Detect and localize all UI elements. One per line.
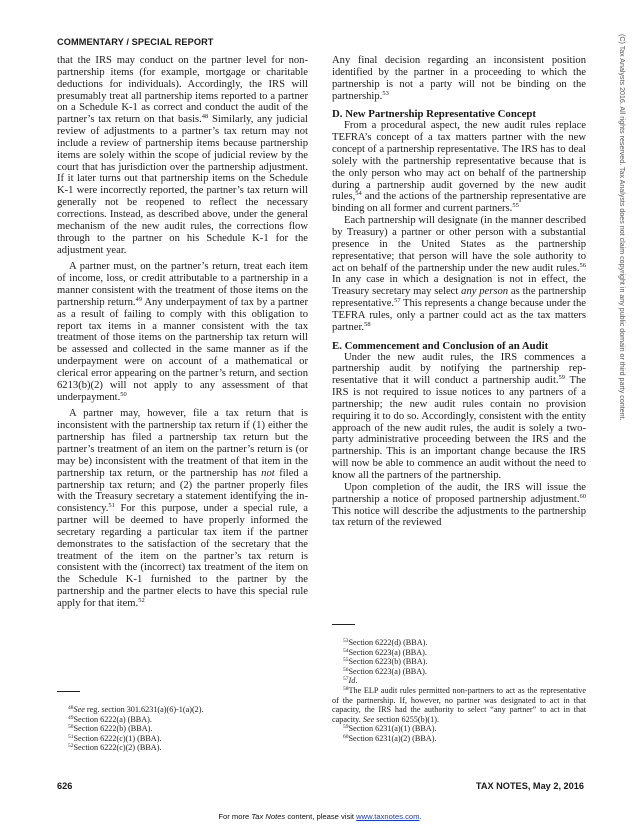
footnote: 56Section 6223(a) (BBA). bbox=[332, 667, 586, 677]
right-column: Any final decision regarding an inconsis… bbox=[332, 55, 586, 529]
footnote-text: Section 6222(c)(1) (BBA). bbox=[74, 734, 162, 743]
paragraph-text: Under the new audit rules, the IRS comme… bbox=[332, 352, 586, 387]
footnote-text: Section 6223(b) (BBA). bbox=[349, 657, 428, 666]
paragraph-text: and the actions of the partnership repre… bbox=[332, 191, 586, 214]
footnote-text: Section 6222(d) (BBA). bbox=[349, 638, 428, 647]
footnote-text: . bbox=[355, 676, 357, 685]
footnote: 60Section 6231(a)(2) (BBA). bbox=[332, 734, 586, 744]
paragraph-text: Similarly, any judicial review of adjust… bbox=[57, 114, 308, 255]
footnote: 49Section 6222(a) (BBA). bbox=[57, 715, 308, 725]
footnote-text: Section 6223(a) (BBA). bbox=[349, 648, 427, 657]
footnote-text: reg. section 301.6231(a)(6)-1(a)(2). bbox=[85, 705, 204, 714]
footnote-ref[interactable]: 56 bbox=[580, 262, 587, 269]
footnote: 57Id. bbox=[332, 676, 586, 686]
left-column: that the IRS may conduct on the partner … bbox=[57, 55, 308, 610]
taxnotes-link[interactable]: www.taxnotes.com bbox=[356, 812, 419, 821]
page-number: 626 bbox=[57, 781, 72, 791]
footnote-text: Section 6222(c)(2) (BBA). bbox=[74, 743, 162, 752]
paragraph-text: Each partnership will designate (in the … bbox=[332, 215, 586, 273]
banner-text: For more bbox=[218, 812, 251, 821]
bottom-banner: For more Tax Notes content, please visit… bbox=[0, 812, 640, 821]
banner-text: content, please visit bbox=[285, 812, 356, 821]
emphasis: any person bbox=[461, 286, 508, 297]
paragraph: Upon completion of the audit, the IRS wi… bbox=[332, 482, 586, 529]
footnote: 51Section 6222(c)(1) (BBA). bbox=[57, 734, 308, 744]
footnote: 58The ELP audit rules permitted non-part… bbox=[332, 686, 586, 724]
publication-date: TAX NOTES, May 2, 2016 bbox=[476, 781, 584, 791]
paragraph: Each partnership will designate (in the … bbox=[332, 215, 586, 333]
paragraph: A partner must, on the partner’s return,… bbox=[57, 261, 308, 403]
emphasis: not bbox=[261, 468, 275, 479]
footnote-ref[interactable]: 55 bbox=[512, 202, 519, 209]
footnote-ref[interactable]: 52 bbox=[138, 597, 145, 604]
section-heading-e: E. Commencement and Conclusion of an Aud… bbox=[332, 340, 586, 352]
right-footnotes: 53Section 6222(d) (BBA). 54Section 6223(… bbox=[332, 638, 586, 744]
footnote-text: Section 6231(a)(2) (BBA). bbox=[349, 734, 437, 743]
footnote-ref[interactable]: 58 bbox=[364, 321, 371, 328]
paragraph-text: The IRS is not required to issue notices… bbox=[332, 375, 586, 481]
paragraph: Any final decision regarding an inconsis… bbox=[332, 55, 586, 102]
footnote-divider bbox=[332, 624, 355, 625]
emphasis: See bbox=[363, 715, 374, 724]
paragraph-text: For this purpose, under a special rule, … bbox=[57, 503, 308, 609]
footnote: 48See reg. section 301.6231(a)(6)-1(a)(2… bbox=[57, 705, 308, 715]
paragraph-text: This notice will describe the adjust­men… bbox=[332, 506, 586, 529]
footnote-divider bbox=[57, 691, 80, 692]
paragraph-text: Upon completion of the audit, the IRS wi… bbox=[332, 482, 586, 505]
copyright-text: (C) Tax Analysts 2016. All rights reserv… bbox=[618, 34, 626, 421]
footnote: 54Section 6223(a) (BBA). bbox=[332, 648, 586, 658]
paragraph-text: Any final decision regarding an inconsis… bbox=[332, 55, 586, 102]
footnote-ref[interactable]: 50 bbox=[120, 391, 127, 398]
left-footnotes: 48See reg. section 301.6231(a)(6)-1(a)(2… bbox=[57, 705, 308, 753]
footnote: 52Section 6222(c)(2) (BBA). bbox=[57, 743, 308, 753]
footnote-ref[interactable]: 53 bbox=[382, 90, 389, 97]
paragraph: that the IRS may conduct on the partner … bbox=[57, 55, 308, 256]
section-header: COMMENTARY / SPECIAL REPORT bbox=[57, 37, 214, 47]
footnote: 53Section 6222(d) (BBA). bbox=[332, 638, 586, 648]
paragraph-text: Any underpayment of tax by a partner as … bbox=[57, 297, 308, 403]
publication-name: Tax Notes bbox=[251, 812, 285, 821]
footnote: 55Section 6223(b) (BBA). bbox=[332, 657, 586, 667]
footnote: 59Section 6231(a)(1) (BBA). bbox=[332, 724, 586, 734]
banner-text: . bbox=[419, 812, 421, 821]
paragraph: From a procedural aspect, the new audit … bbox=[332, 120, 586, 215]
footnote-text: Section 6231(a)(1) (BBA). bbox=[349, 724, 437, 733]
footnote-text: Section 6223(a) (BBA). bbox=[349, 667, 427, 676]
footnote-text: Section 6222(a) (BBA). bbox=[74, 715, 152, 724]
emphasis: See bbox=[74, 705, 85, 714]
footnote: 50Section 6222(b) (BBA). bbox=[57, 724, 308, 734]
footnote-text: Section 6222(b) (BBA). bbox=[74, 724, 153, 733]
footnote-text: section 6255(b)(1). bbox=[374, 715, 439, 724]
section-heading-d: D. New Partnership Representative Concep… bbox=[332, 108, 586, 120]
footnote-ref[interactable]: 60 bbox=[580, 493, 587, 500]
paragraph: A partner may, however, file a tax retur… bbox=[57, 408, 308, 609]
paragraph: Under the new audit rules, the IRS comme… bbox=[332, 352, 586, 482]
